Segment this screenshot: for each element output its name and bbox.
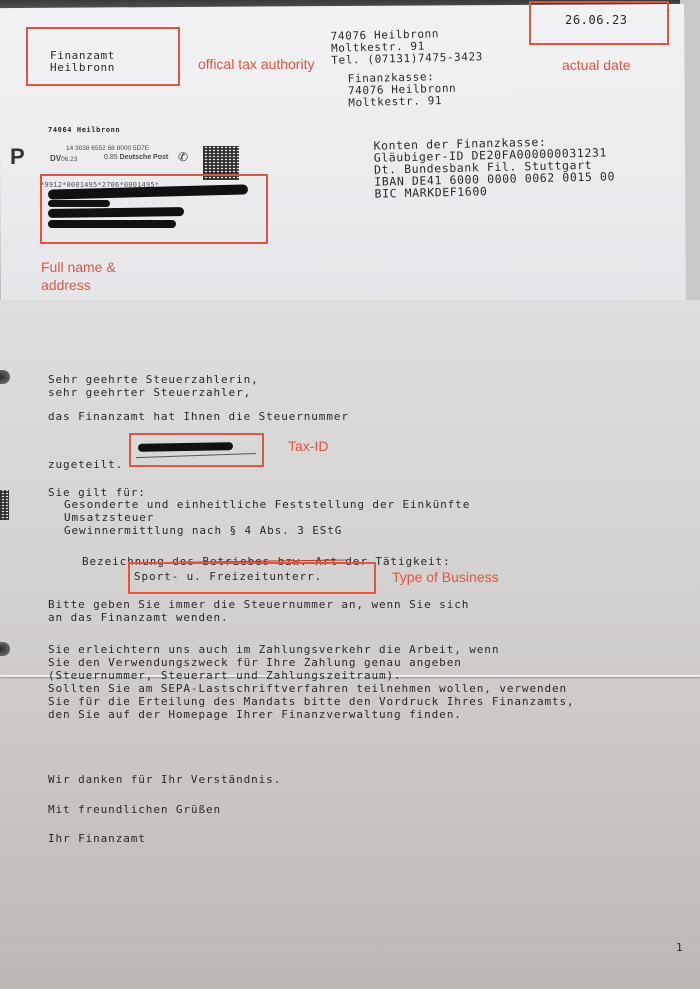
payment-note: Sie erleichtern uns auch im Zahlungsverk… — [48, 643, 575, 721]
business-highlight — [128, 562, 376, 594]
signature-text: Ihr Finanzamt — [48, 832, 146, 845]
page-number: 1 — [676, 941, 684, 954]
dv-date: 06.23 — [61, 156, 77, 163]
finanzkasse-address: Finanzkasse: 74076 Heilbronn Moltkestr. … — [348, 71, 457, 110]
tax-id-highlight — [129, 433, 264, 467]
authority-annotation: offical tax authority — [198, 55, 314, 73]
thanks-text: Wir danken für Ihr Verständnis. — [48, 773, 281, 786]
recipient-annotation: Full name & address — [41, 258, 116, 294]
return-city: 74064 Heilbronn — [48, 126, 120, 134]
postage-price: 0.85 Deutsche Post — [104, 154, 168, 161]
date-annotation: actual date — [562, 56, 631, 74]
dv-label: DV — [50, 154, 61, 163]
recipient-highlight — [40, 174, 268, 244]
post-horn-icon: ✆ — [178, 150, 188, 164]
postage-dv: DV06.23 — [50, 154, 77, 163]
salutation: Sehr geehrte Steuerzahlerin, sehr geehrt… — [48, 373, 259, 399]
closing-text: Mit freundlichen Grüßen — [48, 803, 221, 816]
valid-for-item: Umsatzsteuer — [64, 511, 154, 524]
intro-text: das Finanzamt hat Ihnen die Steuernummer — [48, 410, 349, 423]
assigned-text: zugeteilt. — [48, 458, 123, 471]
authority-address: 74076 Heilbronn Moltkestr. 91 Tel. (0713… — [331, 27, 484, 67]
postage-priority-letter: P — [10, 144, 25, 170]
side-barcode — [0, 490, 9, 520]
bank-accounts: Konten der Finanzkasse: Gläubiger-ID DE2… — [373, 134, 615, 199]
reminder-text: Bitte geben Sie immer die Steuernummer a… — [48, 598, 469, 624]
authority-highlight — [26, 27, 180, 86]
carrier-name: Deutsche Post — [120, 154, 169, 161]
business-annotation: Type of Business — [392, 568, 499, 586]
postage-code: 14 3038 6552 68 8000 5D7E — [66, 145, 149, 152]
date-highlight — [529, 1, 669, 45]
postage-price-value: 0.85 — [104, 154, 118, 161]
valid-for-item: Gesonderte und einheitliche Feststellung… — [64, 498, 470, 511]
valid-for-item: Gewinnermittlung nach § 4 Abs. 3 EStG — [64, 524, 342, 537]
tax-id-annotation: Tax-ID — [288, 437, 328, 455]
